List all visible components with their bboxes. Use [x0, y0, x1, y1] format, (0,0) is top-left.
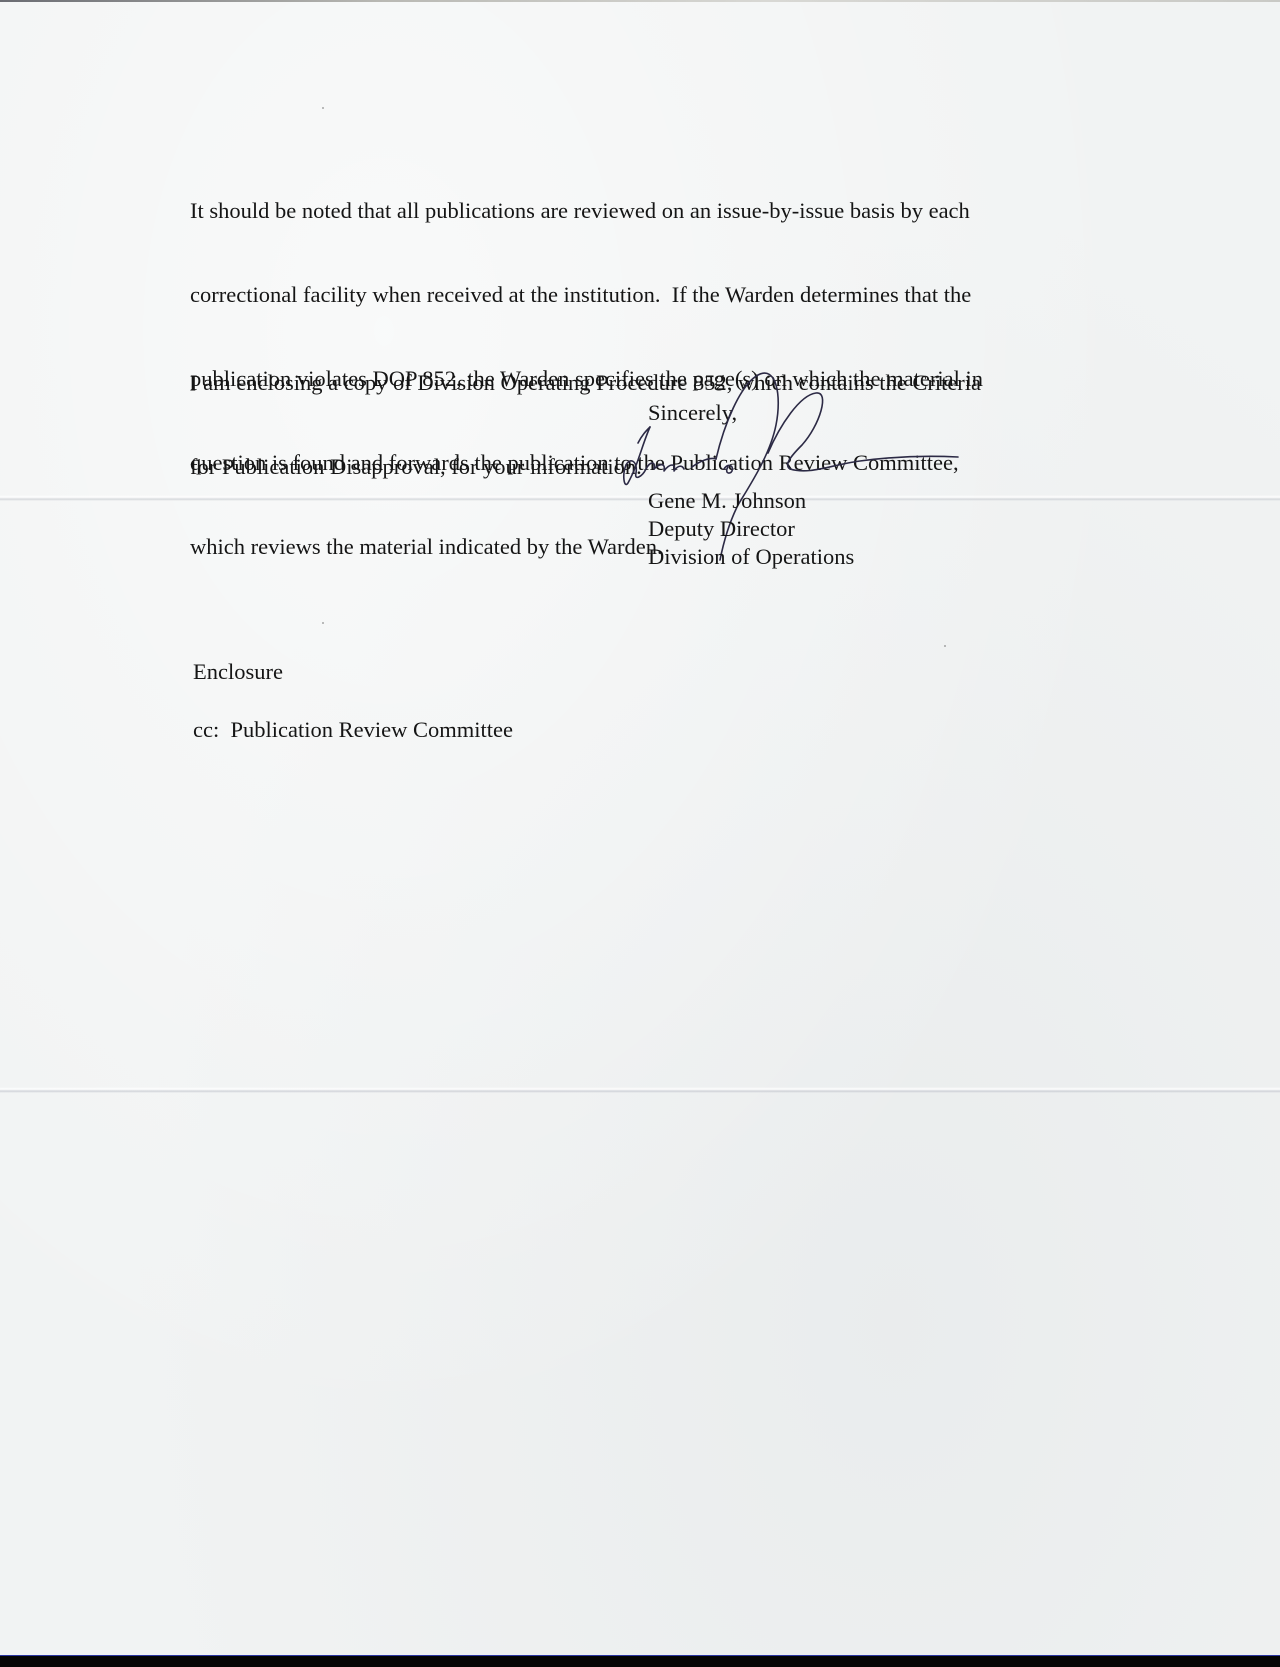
scan-bottom-border — [0, 1655, 1280, 1667]
enclosure-notation: Enclosure — [193, 658, 283, 686]
text-line: It should be noted that all publications… — [190, 197, 983, 225]
paragraph-enclosing-dop: I am enclosing a copy of Division Operat… — [190, 313, 981, 537]
scanned-letter-page: It should be noted that all publications… — [0, 0, 1280, 1655]
signer-division: Division of Operations — [648, 543, 854, 571]
signer-title: Deputy Director — [648, 515, 795, 543]
closing-salutation: Sincerely, — [648, 399, 737, 427]
signer-name: Gene M. Johnson — [648, 487, 806, 515]
scan-speck — [322, 107, 324, 109]
scan-speck — [944, 645, 946, 647]
text-line: for Publication Disapproval, for your in… — [190, 453, 981, 481]
text-line: which reviews the material indicated by … — [190, 533, 983, 561]
scan-top-edge — [0, 0, 1280, 2]
cc-notation: cc: Publication Review Committee — [193, 716, 513, 744]
text-line: correctional facility when received at t… — [190, 281, 983, 309]
text-line: I am enclosing a copy of Division Operat… — [190, 369, 981, 397]
scan-speck — [322, 622, 324, 624]
paper-fold-line — [0, 1087, 1280, 1093]
